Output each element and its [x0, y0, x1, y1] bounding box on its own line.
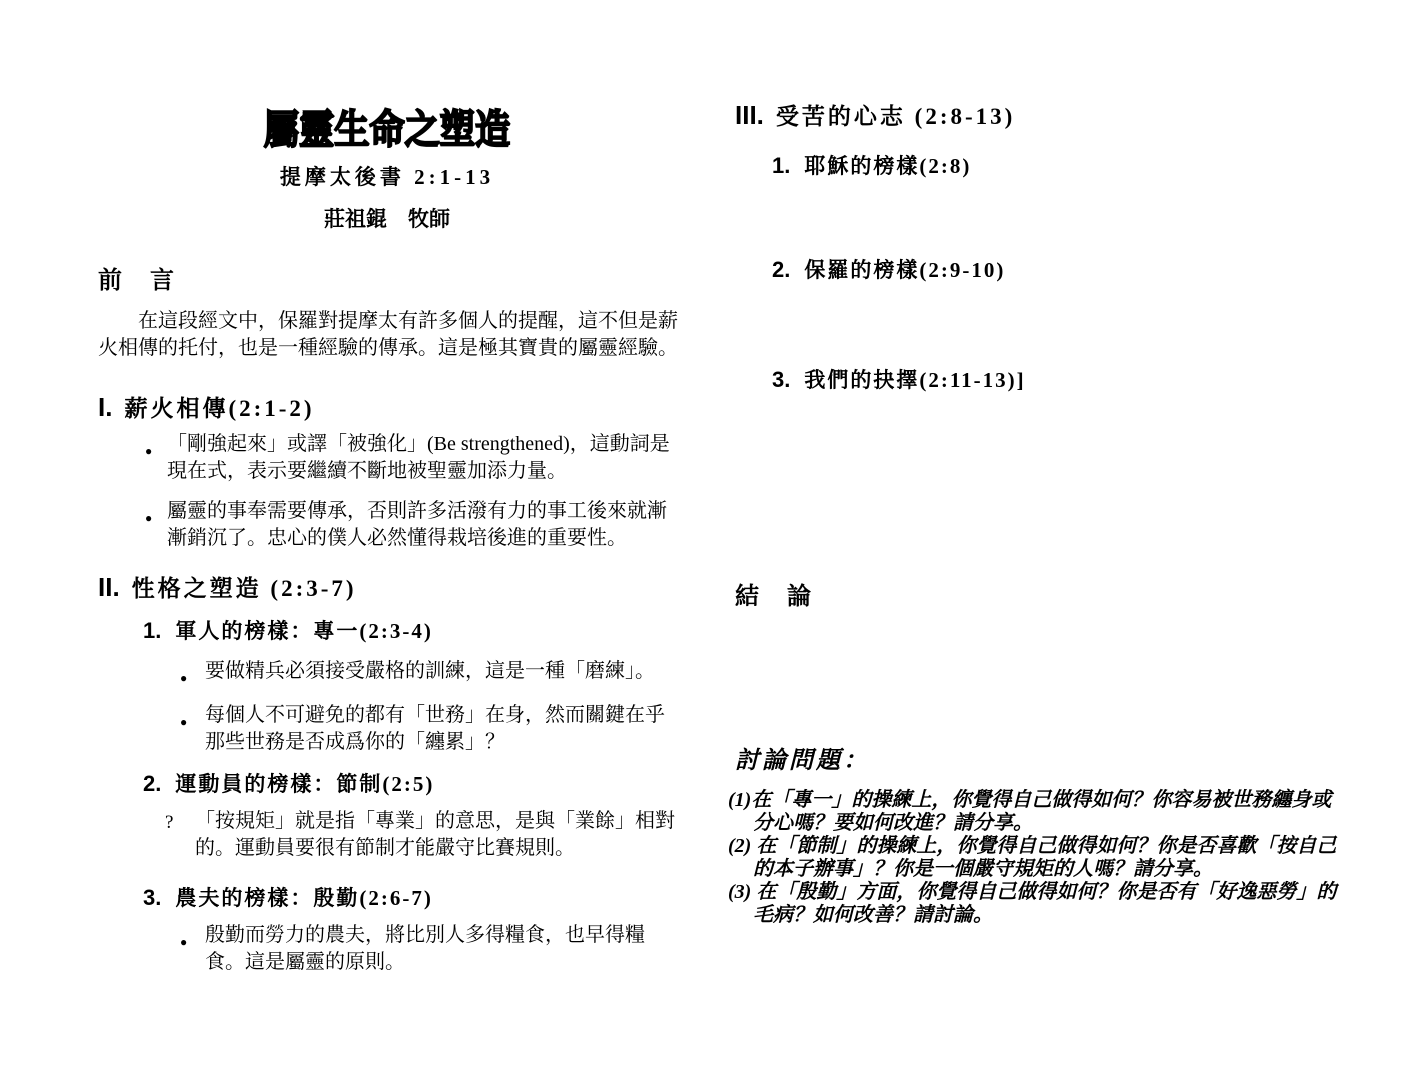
- item-number: 2.: [143, 771, 161, 796]
- bullet-dot-icon: ●: [180, 929, 187, 956]
- section-3-title: 受苦的心志 (2:8-13): [776, 104, 1015, 129]
- section-3-label: III.: [735, 100, 764, 130]
- item-title: 軍人的榜樣：專一(2:3-4): [175, 619, 432, 643]
- bullet-text: 要做精兵必須接受嚴格的訓練，這是一種「磨練」。: [205, 658, 675, 685]
- bullet-item: ? 「按規矩」就是指「專業」的意思，是與「業餘」相對的。運動員要很有節制才能嚴守…: [98, 808, 680, 862]
- section-3-item-2: 2.保羅的榜樣(2:9-10): [772, 254, 1005, 284]
- section-1-label: I.: [98, 392, 112, 422]
- item-number: 1.: [772, 153, 790, 178]
- bullet-dot-icon: ●: [145, 505, 152, 532]
- section-3-item-1: 1.耶穌的榜樣(2:8): [772, 150, 971, 180]
- bullet-text: 屬靈的事奉需要傳承，否則許多活潑有力的事工後來就漸漸銷沉了。忠心的僕人必然懂得栽…: [167, 498, 680, 552]
- question-mark-bullet-icon: ?: [165, 809, 173, 836]
- item-title: 我們的抉擇(2:11-13)]: [804, 368, 1025, 392]
- discussion-heading: 討論問題：: [735, 740, 870, 775]
- bullet-item: ● 每個人不可避免的都有「世務」在身，然而關鍵在乎那些世務是否成爲你的「纏累」？: [98, 702, 680, 756]
- discussion-questions: (1)在「專一」的操練上，你覺得自己做得如何？你容易被世務纏身或分心嗎？要如何改…: [728, 789, 1346, 927]
- bullet-text: 殷勤而勞力的農夫，將比別人多得糧食，也早得糧食。這是屬靈的原則。: [205, 922, 675, 976]
- bullet-dot-icon: ●: [180, 709, 187, 736]
- section-2-item-3: 3.農夫的榜樣：殷勤(2:6-7): [143, 882, 433, 912]
- section-2-item-2: 2.運動員的榜樣：節制(2:5): [143, 768, 434, 798]
- item-number: 3.: [143, 885, 161, 910]
- section-1-heading: I.薪火相傳(2:1-2): [98, 390, 315, 423]
- intro-heading: 前 言: [98, 260, 176, 295]
- item-number: 3.: [772, 367, 790, 392]
- section-2-title: 性格之塑造 (2:3-7): [132, 576, 357, 601]
- section-3-item-3: 3.我們的抉擇(2:11-13)]: [772, 364, 1026, 394]
- document-author: 莊祖錕 牧師: [98, 203, 676, 233]
- bullet-text: 「剛強起來」或譯「被強化」(Be strengthened)，這動詞是現在式，表…: [167, 431, 680, 485]
- document-title: 屬靈生命之塑造: [133, 98, 642, 155]
- question-item: (3) 在「殷勤」方面，你覺得自己做得如何？你是否有「好逸惡勞」的毛病？如何改善…: [728, 881, 1346, 927]
- section-2-item-1: 1.軍人的榜樣：專一(2:3-4): [143, 615, 433, 645]
- intro-paragraph: 在這段經文中，保羅對提摩太有許多個人的提醒，這不但是薪火相傳的托付，也是一種經驗…: [98, 308, 678, 362]
- question-item: (2) 在「節制」的操練上，你覺得自己做得如何？你是否喜歡「按自己的本子辦事」？…: [728, 835, 1346, 881]
- item-title: 運動員的榜樣：節制(2:5): [175, 772, 434, 796]
- item-title: 耶穌的榜樣(2:8): [804, 154, 971, 178]
- document-subtitle: 提摩太後書 2:1-13: [98, 161, 676, 191]
- section-3-heading: III.受苦的心志 (2:8-13): [735, 98, 1015, 131]
- item-title: 保羅的榜樣(2:9-10): [804, 258, 1005, 282]
- section-1-title: 薪火相傳(2:1-2): [124, 396, 314, 421]
- bullet-item: ● 殷勤而勞力的農夫，將比別人多得糧食，也早得糧食。這是屬靈的原則。: [98, 922, 680, 976]
- document-page: 屬靈生命之塑造 提摩太後書 2:1-13 莊祖錕 牧師 前 言 在這段經文中，保…: [0, 0, 1408, 1088]
- conclusion-heading: 結 論: [735, 576, 813, 611]
- item-number: 1.: [143, 618, 161, 643]
- bullet-dot-icon: ●: [145, 438, 152, 465]
- bullet-dot-icon: ●: [180, 665, 187, 692]
- bullet-text: 每個人不可避免的都有「世務」在身，然而關鍵在乎那些世務是否成爲你的「纏累」？: [205, 702, 675, 756]
- bullet-item: ● 要做精兵必須接受嚴格的訓練，這是一種「磨練」。: [98, 658, 680, 685]
- item-number: 2.: [772, 257, 790, 282]
- item-title: 農夫的榜樣：殷勤(2:6-7): [175, 886, 432, 910]
- section-2-heading: II.性格之塑造 (2:3-7): [98, 570, 357, 603]
- bullet-text: 「按規矩」就是指「專業」的意思，是與「業餘」相對的。運動員要很有節制才能嚴守比賽…: [195, 808, 675, 862]
- bullet-item: ● 「剛強起來」或譯「被強化」(Be strengthened)，這動詞是現在式…: [98, 431, 680, 485]
- bullet-item: ● 屬靈的事奉需要傳承，否則許多活潑有力的事工後來就漸漸銷沉了。忠心的僕人必然懂…: [98, 498, 680, 552]
- section-2-label: II.: [98, 572, 120, 602]
- question-item: (1)在「專一」的操練上，你覺得自己做得如何？你容易被世務纏身或分心嗎？要如何改…: [728, 789, 1346, 835]
